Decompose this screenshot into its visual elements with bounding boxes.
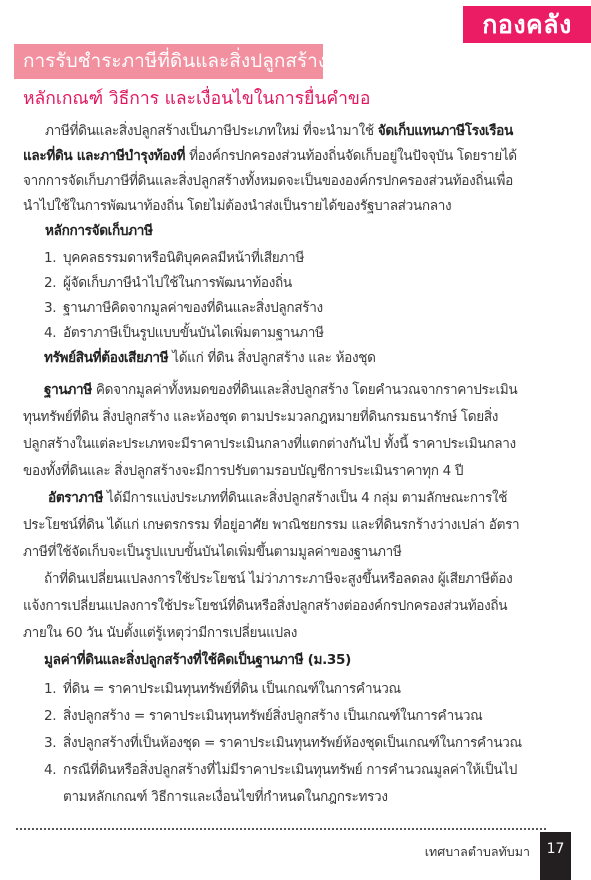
department-tab: กองคลัง: [463, 6, 591, 43]
tax-rate-line-1: อัตราภาษี ได้มีการแบ่งประเภทที่ดินและสิ่…: [48, 488, 507, 508]
land-change-line-3: ภายใน 60 วัน นับตั้งแต่รู้เหตุว่ามีการเป…: [23, 623, 297, 643]
page-number: 17: [540, 832, 571, 880]
intro-line-1: ภาษีที่ดินและสิ่งปลูกสร้างเป็นภาษีประเภท…: [45, 121, 513, 141]
intro-text: ภาษีที่ดินและสิ่งปลูกสร้างเป็นภาษีประเภท…: [45, 123, 378, 139]
taxable-assets-label: ทรัพย์สินที่ต้องเสียภาษี: [44, 350, 168, 366]
taxable-assets-text: ได้แก่ ที่ดิน สิ่งปลูกสร้าง และ ห้องชุด: [168, 350, 375, 366]
list-number: 2.: [44, 273, 63, 293]
footer-organization: เทศบาลตำบลทับมา: [425, 842, 530, 862]
principle-item-4: 4.อัตราภาษีเป็นรูปแบบขั้นบันไดเพิ่มตามฐา…: [44, 323, 324, 343]
tax-base-line-4: ของทั้งที่ดินและ สิ่งปลูกสร้างจะมีการปรั…: [23, 461, 463, 481]
land-change-line-1: ถ้าที่ดินเปลี่ยนแปลงการใช้ประโยชน์ ไม่ว่…: [44, 569, 512, 589]
list-number: 3.: [44, 733, 63, 753]
list-number: 4.: [44, 323, 63, 343]
list-text: บุคคลธรรมดาหรือนิติบุคคลมีหน้าที่เสียภาษ…: [63, 250, 304, 266]
list-text: ฐานภาษีคิดจากมูลค่าของที่ดินและสิ่งปลูกส…: [63, 300, 323, 316]
taxable-assets-line: ทรัพย์สินที่ต้องเสียภาษี ได้แก่ ที่ดิน ส…: [44, 348, 376, 368]
subheading: หลักเกณฑ์ วิธีการ และเงื่อนไขในการยื่นคำ…: [23, 87, 370, 111]
tax-rate-text: ได้มีการแบ่งประเภทที่ดินและสิ่งปลูกสร้าง…: [103, 490, 507, 506]
valuation-title-text: มูลค่าที่ดินและสิ่งปลูกสร้างที่ใช้คิดเป็…: [44, 652, 351, 668]
list-number: 3.: [44, 298, 63, 318]
list-number: 4.: [44, 760, 63, 780]
intro-line-4: นำไปใช้ในการพัฒนาท้องถิ่น โดยไม่ต้องนำส่…: [23, 196, 451, 216]
principle-item-3: 3.ฐานภาษีคิดจากมูลค่าของที่ดินและสิ่งปลู…: [44, 298, 323, 318]
list-text: อัตราภาษีเป็นรูปแบบขั้นบันไดเพิ่มตามฐานภ…: [63, 325, 324, 341]
valuation-title: มูลค่าที่ดินและสิ่งปลูกสร้างที่ใช้คิดเป็…: [44, 650, 351, 670]
footer-divider: [16, 828, 546, 830]
tax-base-text: คิดจากมูลค่าทั้งหมดของที่ดินและสิ่งปลูกส…: [92, 382, 517, 398]
valuation-item-1: 1.ที่ดิน = ราคาประเมินทุนทรัพย์ที่ดิน เป…: [44, 679, 401, 699]
valuation-item-3: 3.สิ่งปลูกสร้างที่เป็นห้องชุด = ราคาประเ…: [44, 733, 522, 753]
section-title-bar: การรับชำระภาษีที่ดินและสิ่งปลูกสร้าง: [14, 44, 323, 79]
intro-line-2: และที่ดิน และภาษีบำรุงท้องที่ ที่องค์กรป…: [23, 146, 517, 166]
list-text: ผู้จัดเก็บภาษีนำไปใช้ในการพัฒนาท้องถิ่น: [63, 275, 292, 291]
list-text: กรณีที่ดินหรือสิ่งปลูกสร้างที่ไม่มีราคาป…: [63, 762, 517, 778]
list-number: 1.: [44, 679, 63, 699]
valuation-item-2: 2.สิ่งปลูกสร้าง = ราคาประเมินทุนทรัพย์สิ…: [44, 706, 482, 726]
intro-line-3: จากการจัดเก็บภาษีที่ดินและสิ่งปลูกสร้างท…: [23, 171, 513, 191]
tax-base-line-2: ทุนทรัพย์ที่ดิน สิ่งปลูกสร้าง และห้องชุด…: [23, 407, 498, 427]
tax-base-line-3: ปลูกสร้างในแต่ละประเภทจะมีราคาประเมินกลา…: [23, 434, 516, 454]
list-text: สิ่งปลูกสร้าง = ราคาประเมินทุนทรัพย์สิ่ง…: [63, 708, 482, 724]
valuation-item-4: 4.กรณีที่ดินหรือสิ่งปลูกสร้างที่ไม่มีราค…: [44, 760, 517, 780]
principle-item-1: 1.บุคคลธรรมดาหรือนิติบุคคลมีหน้าที่เสียภ…: [44, 248, 304, 268]
list-number: 2.: [44, 706, 63, 726]
land-change-line-2: แจ้งการเปลี่ยนแปลงการใช้ประโยชน์ที่ดินหร…: [23, 596, 507, 616]
tax-base-line-1: ฐานภาษี คิดจากมูลค่าทั้งหมดของที่ดินและส…: [44, 380, 517, 400]
tax-rate-line-3: ภาษีที่ใช้จัดเก็บจะเป็นรูปแบบขั้นบันไดเพ…: [23, 542, 402, 562]
intro-text: ที่องค์กรปกครองส่วนท้องถิ่นจัดเก็บอยู่ใน…: [185, 148, 517, 164]
principle-item-2: 2.ผู้จัดเก็บภาษีนำไปใช้ในการพัฒนาท้องถิ่…: [44, 273, 292, 293]
tax-rate-line-2: ประโยชน์ที่ดิน ได้แก่ เกษตรกรรม ที่อยู่อ…: [23, 515, 519, 535]
list-text: ที่ดิน = ราคาประเมินทุนทรัพย์ที่ดิน เป็น…: [63, 681, 401, 697]
principles-title: หลักการจัดเก็บภาษี: [45, 221, 153, 241]
list-text: สิ่งปลูกสร้างที่เป็นห้องชุด = ราคาประเมิ…: [63, 735, 522, 751]
list-number: 1.: [44, 248, 63, 268]
intro-emphasis: และที่ดิน และภาษีบำรุงท้องที่: [23, 148, 185, 164]
tax-rate-label: อัตราภาษี: [48, 490, 103, 506]
principles-title-text: หลักการจัดเก็บภาษี: [45, 223, 153, 239]
intro-emphasis: จัดเก็บแทนภาษีโรงเรือน: [378, 123, 513, 139]
valuation-item-4-continuation: ตามหลักเกณฑ์ วิธีการและเงื่อนไขที่กำหนดใ…: [63, 787, 388, 807]
tax-base-label: ฐานภาษี: [44, 382, 92, 398]
